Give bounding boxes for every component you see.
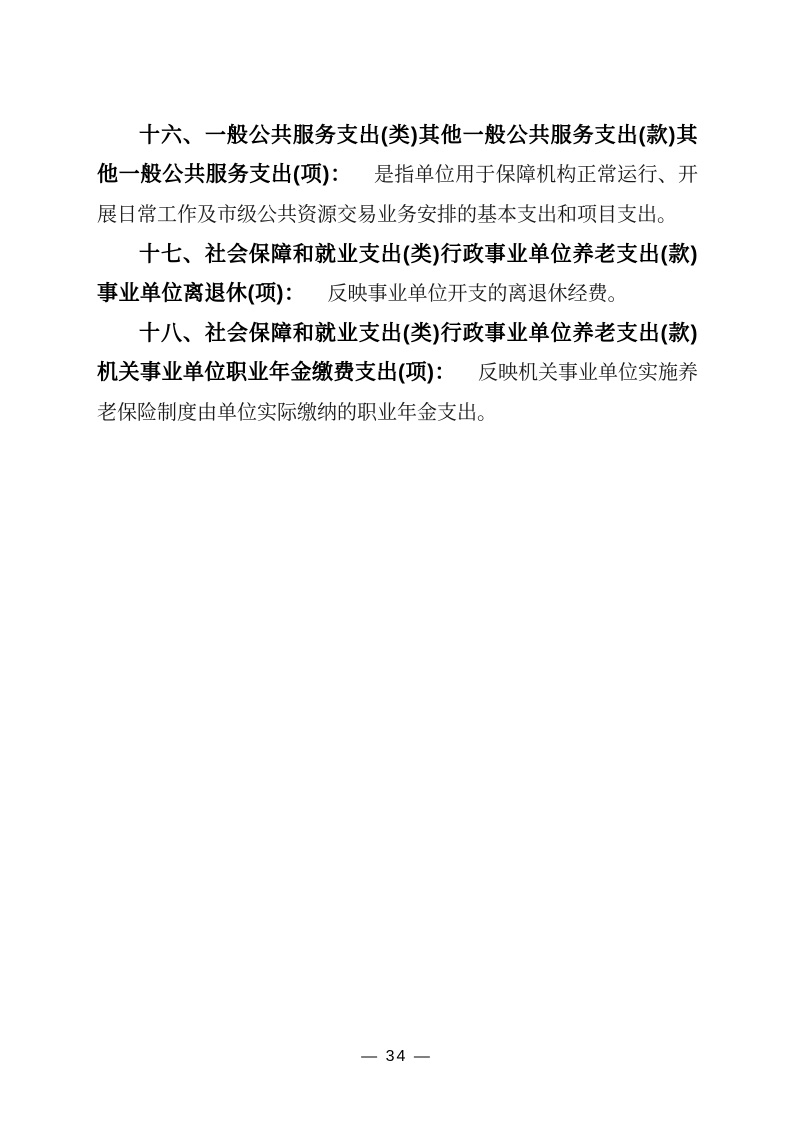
paragraph: 十七、社会保障和就业支出(类)行政事业单位养老支出(款)事业单位离退休(项)：反… — [97, 235, 698, 314]
document-content: 十六、一般公共服务支出(类)其他一般公共服务支出(款)其他一般公共服务支出(项)… — [97, 116, 698, 433]
paragraph-body: 反映事业单位开支的离退休经费。 — [328, 283, 628, 305]
document-page: 十六、一般公共服务支出(类)其他一般公共服务支出(款)其他一般公共服务支出(项)… — [0, 0, 793, 1122]
paragraph: 十八、社会保障和就业支出(类)行政事业单位养老支出(款)机关事业单位职业年金缴费… — [97, 314, 698, 433]
paragraph: 十六、一般公共服务支出(类)其他一般公共服务支出(款)其他一般公共服务支出(项)… — [97, 116, 698, 235]
page-number: — 34 — — [0, 1048, 793, 1066]
